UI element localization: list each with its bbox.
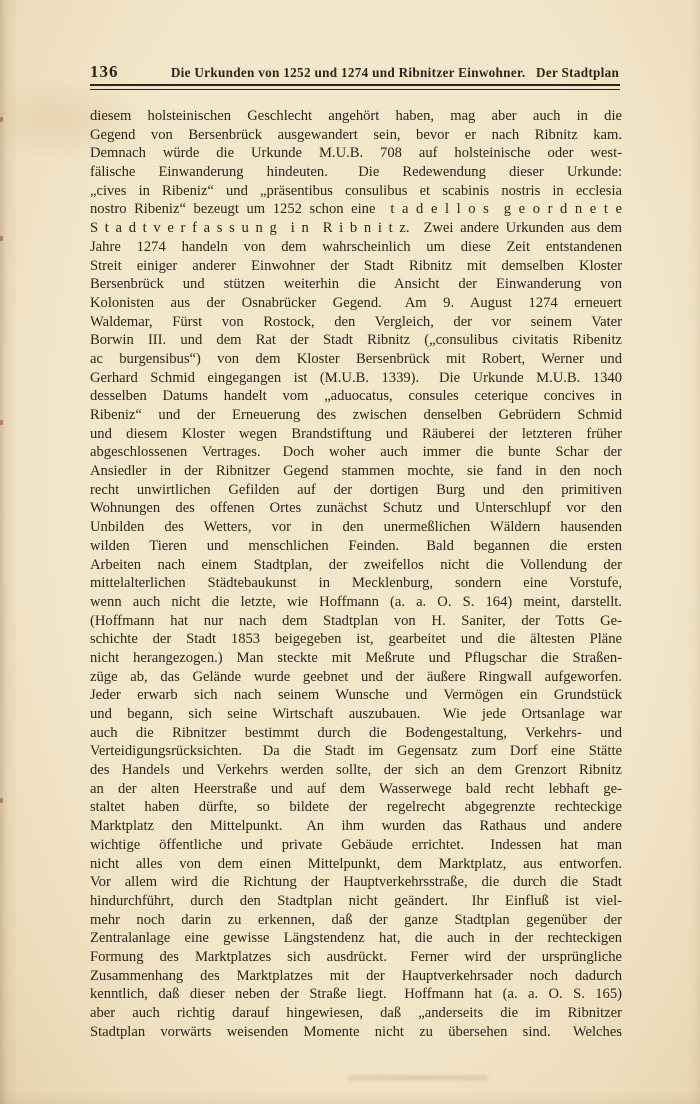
running-title: Die Urkunden von 1252 und 1274 und Ribni… (170, 65, 620, 81)
scan-artifact (0, 117, 3, 122)
text-line: Wohnungen des offenen Ortes zunächst Sch… (90, 499, 622, 518)
text-line: Marktplatz den Mittelpunkt. An ihm wurde… (90, 817, 622, 836)
book-page: 136 Die Urkunden von 1252 und 1274 und R… (0, 0, 700, 1104)
text-line: mittelalterlichen Städtebaukunst in Meck… (90, 574, 622, 593)
text-line: Formung des Marktplatzes sich ausdrückt.… (90, 948, 622, 967)
text-line: auch die Ribnitzer bestimmt durch die Bo… (90, 724, 622, 743)
text-line: nicht herangezogen.) Man steckte mit Meß… (90, 649, 622, 668)
text-line: S t a d t v e r f a s s u n g i n R i b … (90, 219, 622, 238)
text-line: züge ab, das Gelände wurde geebnet und d… (90, 668, 622, 687)
scan-artifact (0, 798, 3, 803)
text-line: fälische Einwanderung hindeuten. Die Red… (90, 163, 622, 182)
text-line: wichtige öffentliche und private Gebäude… (90, 836, 622, 855)
scan-artifact (0, 420, 3, 425)
body-text: diesem holsteinischen Geschlecht angehör… (90, 107, 622, 1041)
text-line: Gegend von Bersenbrück ausgewandert sein… (90, 126, 622, 145)
text-line: Zentralanlage eine gewisse Längstendenz … (90, 929, 622, 948)
text-line: staltet haben dürfte, so bildete der reg… (90, 798, 622, 817)
text-line: des Handels und Verkehrs werden sollte, … (90, 761, 622, 780)
text-line: und diesem Kloster wegen Brandstiftung u… (90, 425, 622, 444)
text-line: und begann, sich seine Wirtschaft auszub… (90, 705, 622, 724)
text-line: Ansiedler in der Ribnitzer Gegend stamme… (90, 462, 622, 481)
text-line: Unbilden des Wetters, vor in den unermeß… (90, 518, 622, 537)
text-line: wilden Tieren und menschlichen Feinden. … (90, 537, 622, 556)
text-line: Verteidigungsrücksichten. Da die Stadt i… (90, 742, 622, 761)
text-line: (Hoffmann hat nur nach dem Stadtplan von… (90, 612, 622, 631)
page-number: 136 (90, 62, 170, 82)
text-line: Arbeiten nach einem Stadtplan, der zweif… (90, 556, 622, 575)
text-line: Borwin III. und dem Rat der Stadt Ribnit… (90, 331, 622, 350)
text-line: recht unwirtlichen Gefilden auf der dort… (90, 481, 622, 500)
text-line: Kolonisten aus der Osnabrücker Gegend. A… (90, 294, 622, 313)
text-line: nostro Ribeniz“ bezeugt um 1252 schon ei… (90, 200, 622, 219)
text-line: kenntlich, daß dieser neben der Straße l… (90, 985, 622, 1004)
text-line: „cives in Ribeniz“ und „präsentibus cons… (90, 182, 622, 201)
text-line: schichte der Stadt 1853 beigegeben ist, … (90, 630, 622, 649)
text-line: Ribeniz“ und der Erneuerung des zwischen… (90, 406, 622, 425)
text-line: mehr noch darin zu erkennen, daß der gan… (90, 911, 622, 930)
text-line: Waldemar, Fürst von Rostock, den Verglei… (90, 313, 622, 332)
scan-artifact (348, 1076, 488, 1080)
text-line: aber auch richtig darauf hingewiesen, da… (90, 1004, 622, 1023)
text-line: Jahre 1274 handeln von dem wahrscheinlic… (90, 238, 622, 257)
text-line: Zusammenhang des Marktplatzes mit der Ha… (90, 967, 622, 986)
scan-artifact (0, 236, 3, 241)
text-line: hindurchführt, durch den Stadtplan nicht… (90, 892, 622, 911)
text-line: Vor allem wird die Richtung der Hauptver… (90, 873, 622, 892)
text-line: Jeder erwarb sich nach seinem Wunsche un… (90, 686, 622, 705)
text-line: wenn auch nicht die letzte, wie Hoffmann… (90, 593, 622, 612)
text-line: diesem holsteinischen Geschlecht angehör… (90, 107, 622, 126)
text-line: ac burgensibus“) von dem Kloster Bersenb… (90, 350, 622, 369)
text-line: Stadtplan vorwärts weisenden Momente nic… (90, 1023, 622, 1042)
header-rule (90, 84, 620, 90)
text-line: desselben Datums handelt vom „aduocatus,… (90, 387, 622, 406)
text-line: Bersenbrück und stützen weiterhin die An… (90, 275, 622, 294)
text-line: Streit einiger anderer Einwohner der Sta… (90, 257, 622, 276)
text-line: Demnach würde die Urkunde M.U.B. 708 auf… (90, 144, 622, 163)
text-line: abgeschlossenen Vertrages. Doch woher au… (90, 443, 622, 462)
text-line: nicht alles von dem einen Mittelpunkt, d… (90, 855, 622, 874)
text-line: Gerhard Schmid eingegangen ist (M.U.B. 1… (90, 369, 622, 388)
page-header: 136 Die Urkunden von 1252 und 1274 und R… (90, 62, 620, 82)
text-line: an der alten Heerstraße und auf dem Wass… (90, 780, 622, 799)
